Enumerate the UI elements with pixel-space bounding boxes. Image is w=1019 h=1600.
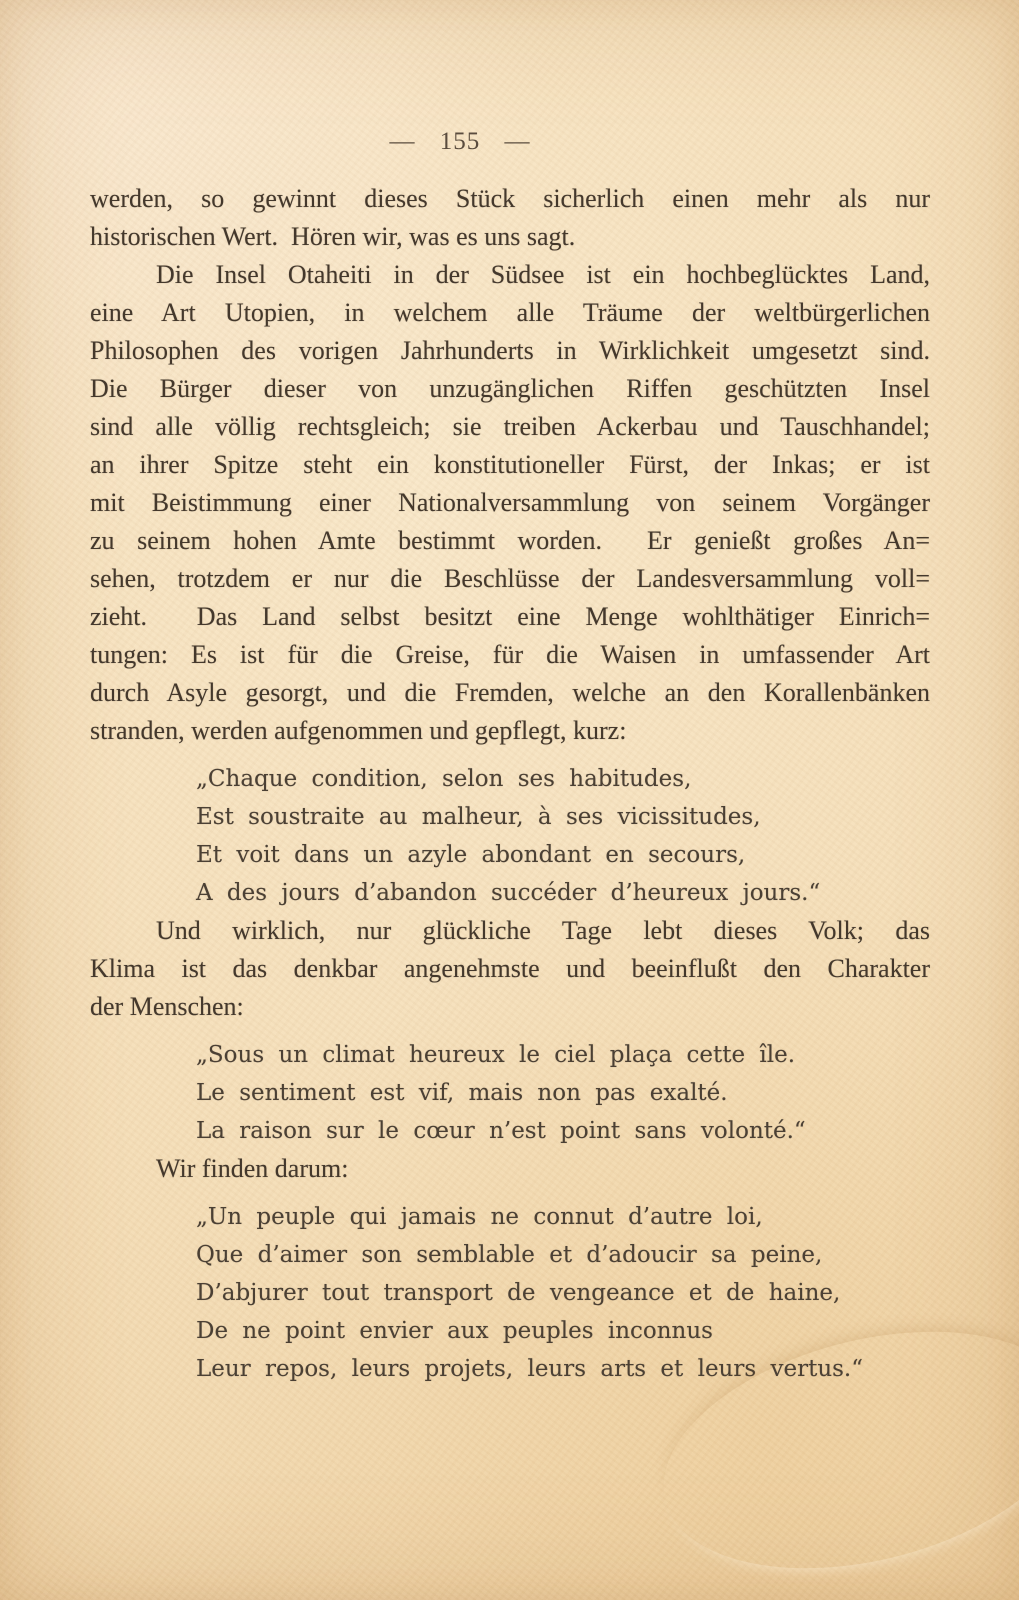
text-line: Und wirklich, nur glückliche Tage lebt d… <box>90 912 930 950</box>
french-verse-1: „Chaque condition, selon ses habitudes, … <box>90 760 930 912</box>
text-line: sind alle völlig rechtsgleich; sie treib… <box>90 408 930 446</box>
text-line: eine Art Utopien, in welchem alle Träume… <box>90 294 930 332</box>
text-line: an ihrer Spitze steht ein konstitutionel… <box>90 446 930 484</box>
text-line: Die Bürger dieser von unzugänglichen Rif… <box>90 370 930 408</box>
text-line: historischen Wert. Hören wir, was es uns… <box>90 218 930 256</box>
text-line: tungen: Es ist für die Greise, für die W… <box>90 636 930 674</box>
text-line: Wir finden darum: <box>90 1150 930 1188</box>
paragraph-3: Und wirklich, nur glückliche Tage lebt d… <box>90 912 930 1026</box>
paragraph-4: Wir finden darum: <box>90 1150 930 1188</box>
text-line: Philosophen des vorigen Jahrhunderts in … <box>90 332 930 370</box>
french-verse-3: „Un peuple qui jamais ne connut d’autre … <box>90 1198 930 1388</box>
verse-line: Est soustraite au malheur, à ses vicissi… <box>90 798 930 836</box>
french-verse-2: „Sous un climat heureux le ciel plaça ce… <box>90 1036 930 1150</box>
verse-line: „Un peuple qui jamais ne connut d’autre … <box>90 1198 930 1236</box>
verse-line: Que d’aimer son semblable et d’adoucir s… <box>90 1236 930 1274</box>
text-line: der Menschen: <box>90 988 930 1026</box>
paragraph-2: Die Insel Otaheiti in der Südsee ist ein… <box>90 256 930 750</box>
scanned-book-page: — 155 — werden, so gewinnt dieses Stück … <box>0 0 1019 1600</box>
verse-line: Et voit dans un azyle abondant en secour… <box>90 836 930 874</box>
verse-line: A des jours d’abandon succéder d’heureux… <box>90 874 930 912</box>
text-line: zu seinem hohen Amte bestimmt worden. Er… <box>90 522 930 560</box>
text-line: zieht. Das Land selbst besitzt eine Meng… <box>90 598 930 636</box>
verse-line: La raison sur le cœur n’est point sans v… <box>90 1112 930 1150</box>
text-line: mit Beistimmung einer Nationalversammlun… <box>90 484 930 522</box>
page-text-block: werden, so gewinnt dieses Stück sicherli… <box>90 180 930 1388</box>
text-line: Die Insel Otaheiti in der Südsee ist ein… <box>90 256 930 294</box>
text-line: Klima ist das denkbar angenehmste und be… <box>90 950 930 988</box>
text-line: sehen, trotzdem er nur die Beschlüsse de… <box>90 560 930 598</box>
verse-line: „Chaque condition, selon ses habitudes, <box>90 760 930 798</box>
verse-line: „Sous un climat heureux le ciel plaça ce… <box>90 1036 930 1074</box>
text-line: werden, so gewinnt dieses Stück sicherli… <box>90 180 930 218</box>
paragraph-1: werden, so gewinnt dieses Stück sicherli… <box>90 180 930 256</box>
verse-line: Le sentiment est vif, mais non pas exalt… <box>90 1074 930 1112</box>
text-line: stranden, werden aufgenommen und gepfleg… <box>90 712 930 750</box>
text-line: durch Asyle gesorgt, und die Fremden, we… <box>90 674 930 712</box>
page-number: — 155 — <box>0 128 920 156</box>
verse-line: D’abjurer tout transport de vengeance et… <box>90 1274 930 1312</box>
verse-line: Leur repos, leurs projets, leurs arts et… <box>90 1350 930 1388</box>
verse-line: De ne point envier aux peuples inconnus <box>90 1312 930 1350</box>
